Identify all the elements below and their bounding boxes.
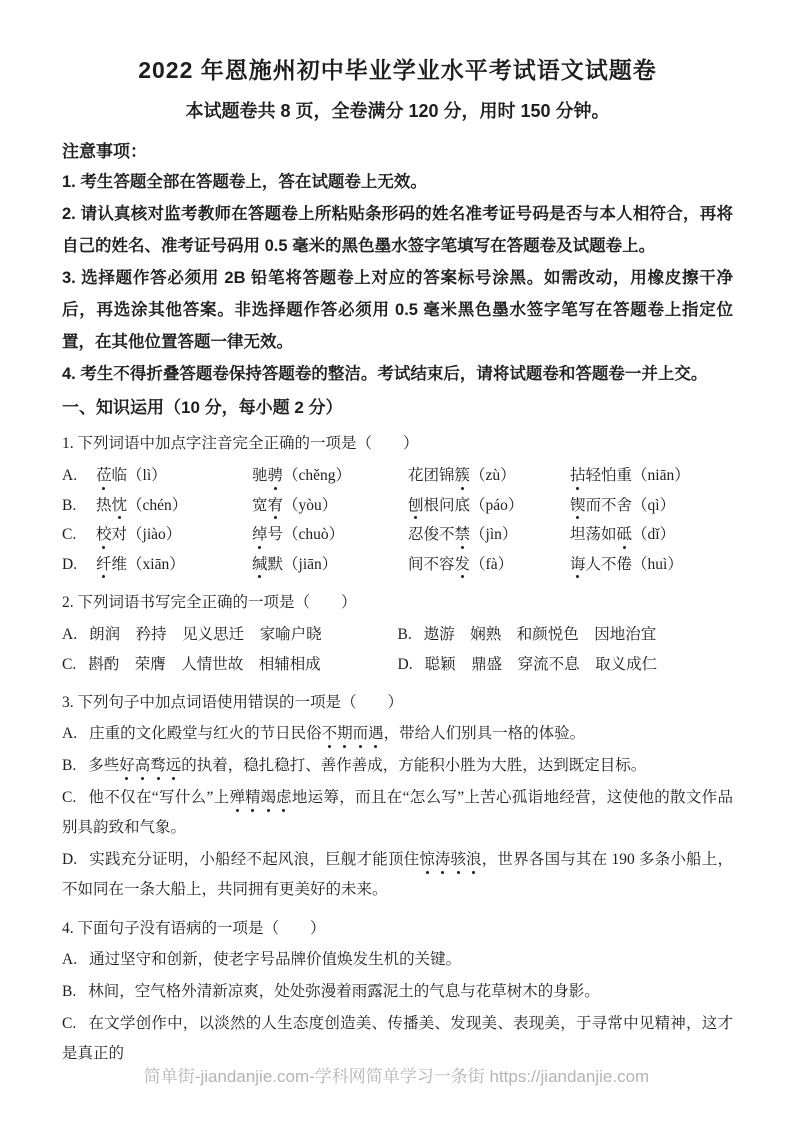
- option-text: 朗润 矜持 见义思迁 家喻户晓: [89, 626, 322, 643]
- emphasis-dot-char: 期: [337, 725, 353, 743]
- emphasis-dot-char: 好: [119, 757, 135, 775]
- option-text: 林间，空气格外清新凉爽，处处弥漫着雨露泥土的气息与花草树木的身影。: [88, 983, 600, 1000]
- q1-word-with-pinyin: 宽宥（yòu）: [252, 491, 408, 521]
- option-label: B.: [398, 626, 424, 643]
- emphasis-dot-char: 纤: [96, 556, 112, 574]
- emphasis-dot-char: 诲: [570, 556, 586, 574]
- q3-option: C.他不仅在“写什么”上殚精竭虑地运筹，而且在“怎么写”上苦心孤诣地经营，这使他…: [62, 783, 733, 843]
- notice-item-1: 1. 考生答题全部在答题卷上，答在试题卷上无效。: [62, 166, 733, 198]
- question-4-stem: 4. 下面句子没有语病的一项是（ ）: [62, 915, 733, 943]
- option-label: A.: [62, 626, 89, 643]
- q2-option-d: D.聪颖 鼎盛 穿流不息 取义成仁: [398, 650, 734, 680]
- q3-option: B.多些好高骛远的执着，稳扎稳打、善作善成，方能积小胜为大胜，达到既定目标。: [62, 751, 733, 781]
- emphasis-dot-char: 精: [245, 789, 261, 807]
- emphasis-dot-char: 涛: [435, 851, 451, 869]
- q3-option: D.实践充分证明，小船经不起风浪，巨舰才能顶住惊涛骇浪，世界各国与其在 190 …: [62, 845, 733, 905]
- document-content: 2022 年恩施州初中毕业学业水平考试语文试题卷 本试题卷共 8 页，全卷满分 …: [0, 0, 793, 1069]
- option-text: 实践充分证明，小船经不起风浪，巨舰才能顶住惊涛骇浪，世界各国与其在 190 多条…: [62, 851, 733, 898]
- emphasis-dot-char: 浪: [466, 851, 482, 869]
- q1-word-with-pinyin: 诲人不倦（huì）: [570, 550, 733, 580]
- q1-word-with-pinyin: 坦荡如砥（dǐ）: [570, 520, 733, 550]
- emphasis-dot-char: 遇: [368, 725, 384, 743]
- q1-word-with-pinyin: 纤维（xiān）: [96, 550, 252, 580]
- q4-option-b: B.林间，空气格外清新凉爽，处处弥漫着雨露泥土的气息与花草树木的身影。: [62, 977, 733, 1007]
- emphasis-dot-char: 骋: [268, 467, 284, 485]
- option-label: C.: [62, 520, 96, 550]
- option-text: 斟酌 荣膺 人情世故 相辅相成: [88, 656, 321, 673]
- page-subtitle: 本试题卷共 8 页，全卷满分 120 分，用时 150 分钟。: [62, 97, 733, 123]
- emphasis-dot-char: 骇: [450, 851, 466, 869]
- question-1-options: A.莅临（lì）驰骋（chěng）花团锦簇（zù）拈轻怕重（niān）B.热忱（…: [62, 461, 733, 579]
- emphasis-dot-char: 砥: [617, 526, 633, 544]
- q1-word-with-pinyin: 刨根问底（páo）: [408, 491, 570, 521]
- emphasis-dot-char: 锲: [570, 497, 586, 515]
- emphasis-dot-char: 竭: [261, 789, 277, 807]
- emphasis-dot-char: 惊: [419, 851, 435, 869]
- notice-heading: 注意事项：: [62, 137, 733, 162]
- option-label: C.: [62, 656, 88, 673]
- notice-item-3: 3. 选择题作答必须用 2B 铅笔将答题卷上对应的答案标号涂黑。如需改动，用橡皮…: [62, 262, 733, 358]
- q1-word-with-pinyin: 莅临（lì）: [96, 461, 252, 491]
- emphasis-dot-char: 宥: [268, 497, 284, 515]
- question-4-options: A.通过坚守和创新，使老字号品牌价值焕发生机的关键。 B.林间，空气格外清新凉爽…: [62, 945, 733, 1069]
- emphasis-dot-char: 刨: [408, 497, 424, 515]
- q1-word-with-pinyin: 忍俊不禁（jìn）: [408, 520, 570, 550]
- q1-word-with-pinyin: 拈轻怕重（niān）: [570, 461, 733, 491]
- q2-option-a: A.朗润 矜持 见义思迁 家喻户晓: [62, 620, 398, 650]
- option-label: C.: [62, 789, 88, 806]
- page-title: 2022 年恩施州初中毕业学业水平考试语文试题卷: [62, 52, 733, 85]
- option-label: D.: [62, 851, 89, 868]
- option-label: D.: [62, 550, 96, 580]
- q1-word-with-pinyin: 间不容发（fà）: [408, 550, 570, 580]
- option-label: B.: [62, 757, 88, 774]
- emphasis-dot-char: 缄: [252, 556, 268, 574]
- question-3-stem: 3. 下列句子中加点词语使用错误的一项是（ ）: [62, 689, 733, 717]
- emphasis-dot-char: 远: [166, 757, 182, 775]
- emphasis-dot-char: 禁: [455, 526, 471, 544]
- option-label: C.: [62, 1015, 88, 1032]
- emphasis-dot-char: 高: [135, 757, 151, 775]
- emphasis-dot-char: 虑: [276, 789, 292, 807]
- emphasis-dot-char: 骛: [150, 757, 166, 775]
- option-label: B.: [62, 983, 88, 1000]
- option-text: 他不仅在“写什么”上殚精竭虑地运筹，而且在“怎么写”上苦心孤诣地经营，这使他的散…: [62, 789, 733, 836]
- option-text: 聪颖 鼎盛 穿流不息 取义成仁: [425, 656, 658, 673]
- exam-paper-page: 2022 年恩施州初中毕业学业水平考试语文试题卷 本试题卷共 8 页，全卷满分 …: [0, 0, 793, 1122]
- q1-word-with-pinyin: 花团锦簇（zù）: [408, 461, 570, 491]
- notice-item-4: 4. 考生不得折叠答题卷保持答题卷的整洁。考试结束后，请将试题卷和答题卷一并上交…: [62, 358, 733, 390]
- q2-option-c: C.斟酌 荣膺 人情世故 相辅相成: [62, 650, 398, 680]
- emphasis-dot-char: 忱: [112, 497, 128, 515]
- page-footer: 简单街-jiandanjie.com-学科网简单学习一条街 https://ji…: [0, 1062, 793, 1087]
- emphasis-dot-char: 发: [455, 556, 471, 574]
- emphasis-dot-char: 拈: [570, 467, 586, 485]
- q1-word-with-pinyin: 缄默（jiān）: [252, 550, 408, 580]
- option-label: B.: [62, 491, 96, 521]
- q1-word-with-pinyin: 绰号（chuò）: [252, 520, 408, 550]
- q3-option: A.庄重的文化殿堂与红火的节日民俗不期而遇，带给人们别具一格的体验。: [62, 719, 733, 749]
- section-1-heading: 一、知识运用（10 分，每小题 2 分）: [62, 396, 733, 420]
- q1-option-row: B.热忱（chén）宽宥（yòu）刨根问底（páo）锲而不舍（qì）: [62, 491, 733, 521]
- q4-option-c: C.在文学创作中，以淡然的人生态度创造美、传播美、发现美、表现美，于寻常中见精神…: [62, 1009, 733, 1069]
- q1-option-row: C.校对（jiào）绰号（chuò）忍俊不禁（jìn）坦荡如砥（dǐ）: [62, 520, 733, 550]
- emphasis-dot-char: 簇: [455, 467, 471, 485]
- emphasis-dot-char: 而: [353, 725, 369, 743]
- q2-option-b: B.遨游 娴熟 和颜悦色 因地治宜: [398, 620, 734, 650]
- q4-option-a: A.通过坚守和创新，使老字号品牌价值焕发生机的关键。: [62, 945, 733, 975]
- question-1-stem: 1. 下列词语中加点字注音完全正确的一项是（ ）: [62, 430, 733, 458]
- emphasis-dot-char: 绰: [252, 526, 268, 544]
- q1-option-row: A.莅临（lì）驰骋（chěng）花团锦簇（zù）拈轻怕重（niān）: [62, 461, 733, 491]
- emphasis-dot-char: 殚: [229, 789, 245, 807]
- option-text: 庄重的文化殿堂与红火的节日民俗不期而遇，带给人们别具一格的体验。: [89, 725, 585, 742]
- emphasis-dot-char: 莅: [96, 467, 112, 485]
- option-text: 多些好高骛远的执着，稳扎稳打、善作善成，方能积小胜为大胜，达到既定目标。: [88, 757, 646, 774]
- emphasis-dot-char: 校: [96, 526, 112, 544]
- question-2-stem: 2. 下列词语书写完全正确的一项是（ ）: [62, 589, 733, 617]
- q1-option-row: D.纤维（xiān）缄默（jiān）间不容发（fà）诲人不倦（huì）: [62, 550, 733, 580]
- option-text: 遨游 娴熟 和颜悦色 因地治宜: [424, 626, 657, 643]
- option-text: 通过坚守和创新，使老字号品牌价值焕发生机的关键。: [89, 951, 461, 968]
- q1-word-with-pinyin: 校对（jiào）: [96, 520, 252, 550]
- question-3-options: A.庄重的文化殿堂与红火的节日民俗不期而遇，带给人们别具一格的体验。B.多些好高…: [62, 719, 733, 905]
- option-label: A.: [62, 951, 89, 968]
- emphasis-dot-char: 不: [322, 725, 338, 743]
- q1-word-with-pinyin: 锲而不舍（qì）: [570, 491, 733, 521]
- notice-item-2: 2. 请认真核对监考教师在答题卷上所粘贴条形码的姓名准考证号码是否与本人相符合，…: [62, 198, 733, 262]
- q1-word-with-pinyin: 热忱（chén）: [96, 491, 252, 521]
- option-label: A.: [62, 461, 96, 491]
- q1-word-with-pinyin: 驰骋（chěng）: [252, 461, 408, 491]
- option-label: A.: [62, 725, 89, 742]
- question-2-options: A.朗润 矜持 见义思迁 家喻户晓 B.遨游 娴熟 和颜悦色 因地治宜 C.斟酌…: [62, 620, 733, 679]
- option-label: D.: [398, 656, 425, 673]
- option-text: 在文学创作中，以淡然的人生态度创造美、传播美、发现美、表现美，于寻常中见精神，这…: [62, 1015, 733, 1062]
